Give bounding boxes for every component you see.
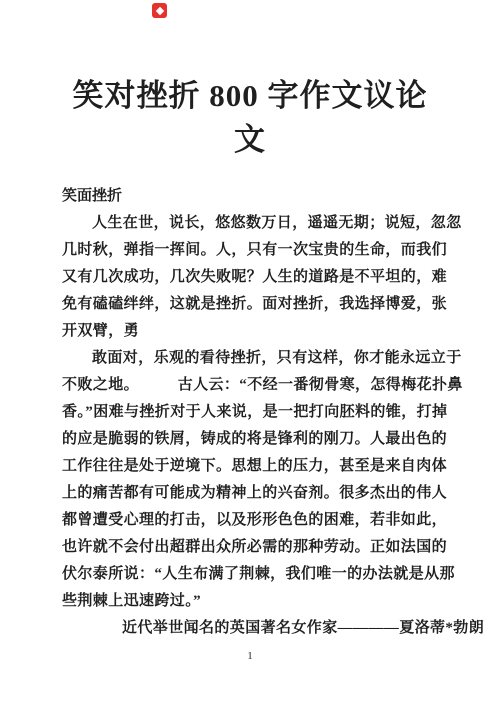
essay-text-line: 免有磕磕绊绊，这就是挫折。面对挫折，我选择博爱，张 <box>62 291 452 318</box>
essay-body: 人生在世，说长，悠悠数万日，遥遥无期；说短，忽忽 几时秋，弹指一挥间。人，只有一… <box>62 210 452 642</box>
essay-text-line: 又有几次成功，几次失败呢？人生的道路是不平坦的，难 <box>62 264 452 291</box>
essay-text-line: 敢面对，乐观的看待挫折，只有这样，你才能永远立于 <box>62 345 452 372</box>
essay-text-line: 开双臂，勇 <box>62 318 452 345</box>
essay-text-line: 人生在世，说长，悠悠数万日，遥遥无期；说短，忽忽 <box>62 210 452 237</box>
essay-text-line: 香。”困难与挫折对于人来说，是一把打向胚料的锥，打掉 <box>62 399 452 426</box>
essay-text-line: 工作往往是处于逆境下。思想上的压力，甚至是来自肉体 <box>62 453 452 480</box>
diamond-icon <box>155 6 163 14</box>
essay-text-line: 几时秋，弹指一挥间。人，只有一次宝贵的生命，而我们 <box>62 237 452 264</box>
title-line: 文 <box>0 118 500 162</box>
essay-text-line: 的应是脆弱的铁屑，铸成的将是锋利的刚刀。人最出色的 <box>62 426 452 453</box>
section-heading: 笑面挫折 <box>62 183 445 210</box>
document-page: 笑对挫折 800 字作文议论 文 笑面挫折 人生在世，说长，悠悠数万日，遥遥无期… <box>0 0 500 707</box>
essay-text-line: 不败之地。 古人云：“不经一番彻骨寒，怎得梅花扑鼻 <box>62 372 452 399</box>
doc-badge <box>152 3 167 18</box>
title-line: 笑对挫折 800 字作文议论 <box>0 74 500 118</box>
essay-text-line: 近代举世闻名的英国著名女作家————夏洛蒂*勃朗 <box>62 615 452 642</box>
essay-text-line: 都曾遭受心理的打击，以及形形色色的困难，若非如此， <box>62 507 452 534</box>
page-number: 1 <box>0 650 500 662</box>
essay-text-line: 伏尔泰所说：“人生布满了荆棘，我们唯一的办法就是从那 <box>62 561 452 588</box>
document-title: 笑对挫折 800 字作文议论 文 <box>0 0 500 162</box>
essay-text-line: 些荆棘上迅速跨过。” <box>62 588 452 615</box>
essay-text-line: 上的痛苦都有可能成为精神上的兴奋剂。很多杰出的伟人 <box>62 480 452 507</box>
essay-text-line: 也许就不会付出超群出众所必需的那种劳动。正如法国的 <box>62 534 452 561</box>
